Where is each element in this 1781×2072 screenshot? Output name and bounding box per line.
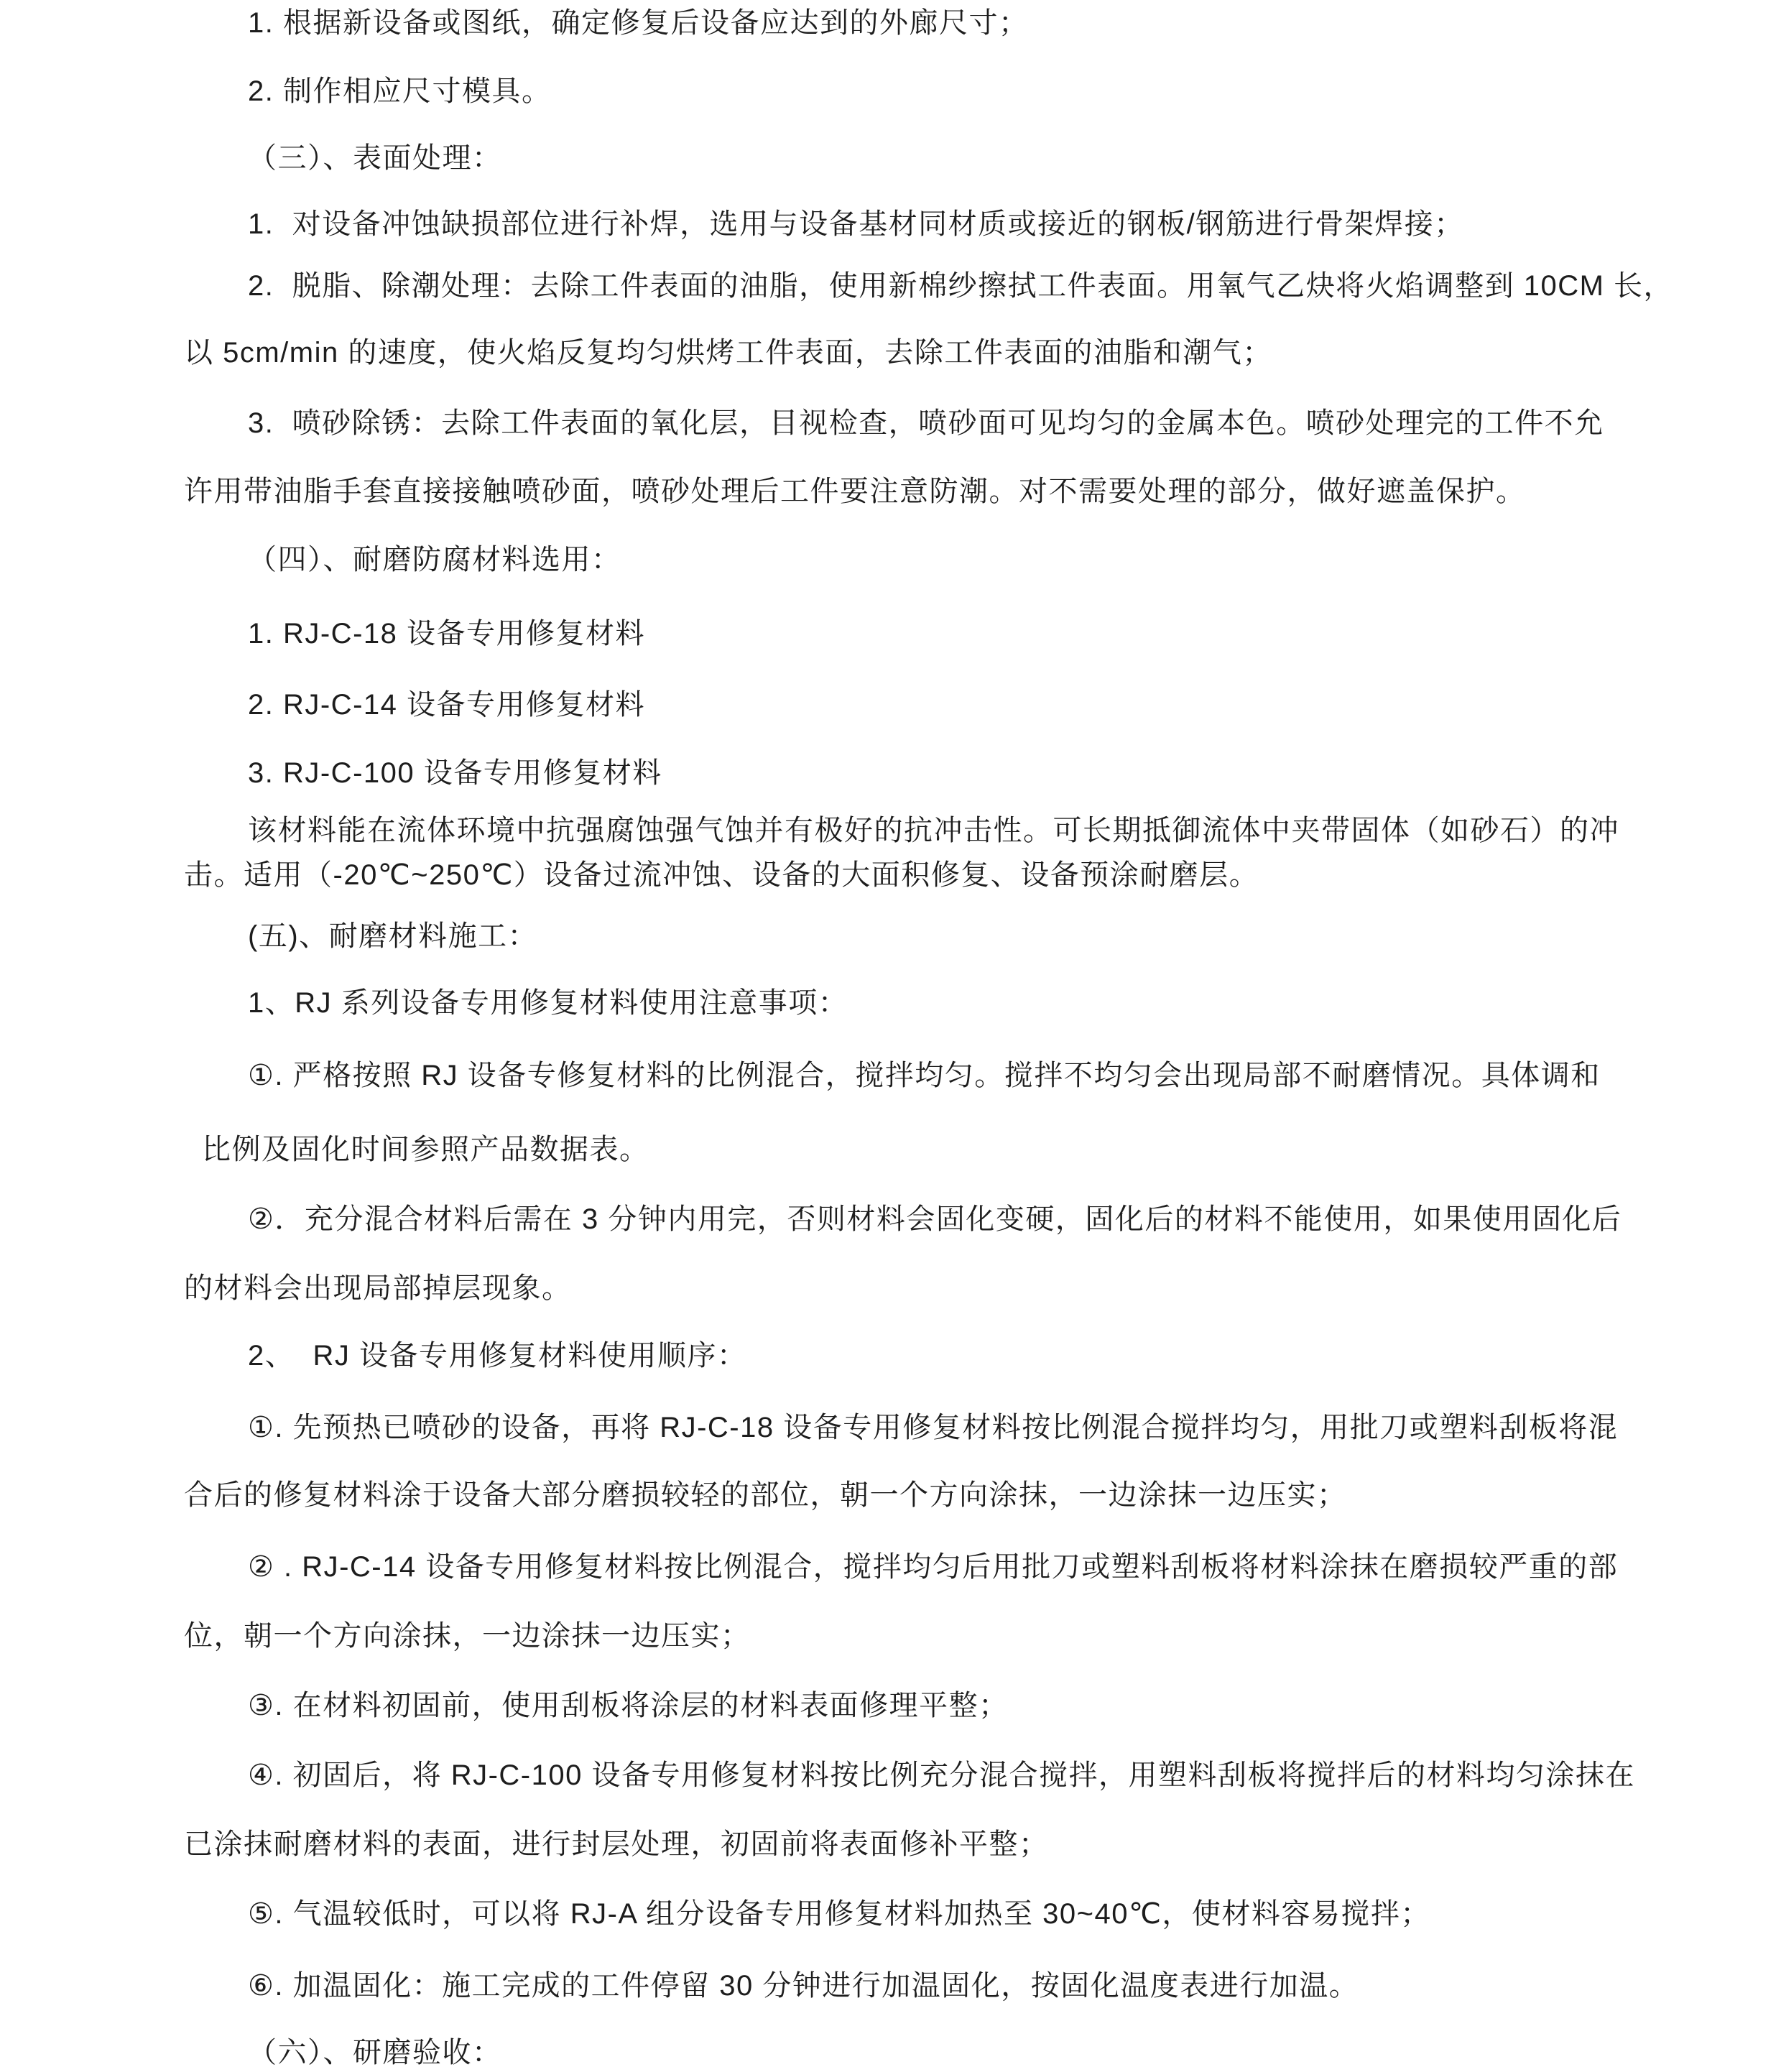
text-line: 比例及固化时间参照产品数据表。 xyxy=(202,1132,649,1167)
text-line: ①. 先预热已喷砂的设备，再将 RJ-C-18 设备专用修复材料按比例混合搅拌均… xyxy=(248,1410,1618,1445)
text-line: 位，朝一个方向涂抹，一边涂抹一边压实； xyxy=(184,1619,751,1653)
text-line: 2、 RJ 设备专用修复材料使用顺序： xyxy=(248,1338,746,1373)
text-line: ②．充分混合材料后需在 3 分钟内用完，否则材料会固化变硬，固化后的材料不能使用… xyxy=(248,1202,1622,1236)
text-line: 1. RJ-C-18 设备专用修复材料 xyxy=(248,616,645,651)
text-line: ⑤. 气温较低时，可以将 RJ-A 组分设备专用修复材料加热至 30~40℃，使… xyxy=(248,1897,1430,1931)
text-line: ⑥. 加温固化：施工完成的工件停留 30 分钟进行加温固化，按固化温度表进行加温… xyxy=(248,1969,1359,2003)
text-line: 许用带油脂手套直接接触喷砂面，喷砂处理后工件要注意防潮。对不需要处理的部分，做好… xyxy=(184,474,1526,509)
text-line: 的材料会出现局部掉层现象。 xyxy=(184,1271,572,1305)
text-line: ④. 初固后，将 RJ-C-100 设备专用修复材料按比例充分混合搅拌，用塑料刮… xyxy=(248,1758,1635,1793)
text-line: 2. 制作相应尺寸模具。 xyxy=(248,74,551,108)
text-line: 1、RJ 系列设备专用修复材料使用注意事项： xyxy=(248,986,848,1020)
text-line: 以 5cm/min 的速度，使火焰反复均匀烘烤工件表面，去除工件表面的油脂和潮气… xyxy=(184,336,1272,370)
text-line: 合后的修复材料涂于设备大部分磨损较轻的部位，朝一个方向涂抹，一边涂抹一边压实； xyxy=(184,1478,1347,1512)
text-line: （六）、研磨验收： xyxy=(248,2035,502,2070)
text-line: 2. 脱脂、除潮处理：去除工件表面的油脂，使用新棉纱擦拭工件表面。用氧气乙炔将火… xyxy=(248,269,1673,303)
text-line: ①. 严格按照 RJ 设备专修复材料的比例混合，搅拌均匀。搅拌不均匀会出现局部不… xyxy=(248,1058,1601,1093)
text-line: 2. RJ-C-14 设备专用修复材料 xyxy=(248,688,645,722)
text-line: （四）、耐磨防腐材料选用： xyxy=(248,542,621,577)
text-line: （三）、表面处理： xyxy=(248,141,502,175)
document-page: 1. 根据新设备或图纸，确定修复后设备应达到的外廊尺寸；2. 制作相应尺寸模具。… xyxy=(0,0,1781,2072)
text-line: 击。适用（-20℃~250℃）设备过流冲蚀、设备的大面积修复、设备预涂耐磨层。 xyxy=(184,858,1259,892)
text-line: 已涂抹耐磨材料的表面，进行封层处理，初固前将表面修补平整； xyxy=(184,1827,1049,1861)
text-line: 该材料能在流体环境中抗强腐蚀强气蚀并有极好的抗冲击性。可长期抵御流体中夹带固体（… xyxy=(248,813,1619,848)
text-line: 3. 喷砂除锈：去除工件表面的氧化层，目视检查，喷砂面可见均匀的金属本色。喷砂处… xyxy=(248,406,1604,440)
text-line: 1. 根据新设备或图纸，确定修复后设备应达到的外廊尺寸； xyxy=(248,6,1028,40)
text-line: (五)、耐磨材料施工： xyxy=(248,919,537,953)
text-line: 3. RJ-C-100 设备专用修复材料 xyxy=(248,756,662,790)
text-line: 1. 对设备冲蚀缺损部位进行补焊，选用与设备基材同材质或接近的钢板/钢筋进行骨架… xyxy=(248,207,1464,241)
text-line: ③. 在材料初固前，使用刮板将涂层的材料表面修理平整； xyxy=(248,1688,1009,1723)
text-line: ② . RJ-C-14 设备专用修复材料按比例混合，搅拌均匀后用批刀或塑料刮板将… xyxy=(248,1550,1618,1584)
